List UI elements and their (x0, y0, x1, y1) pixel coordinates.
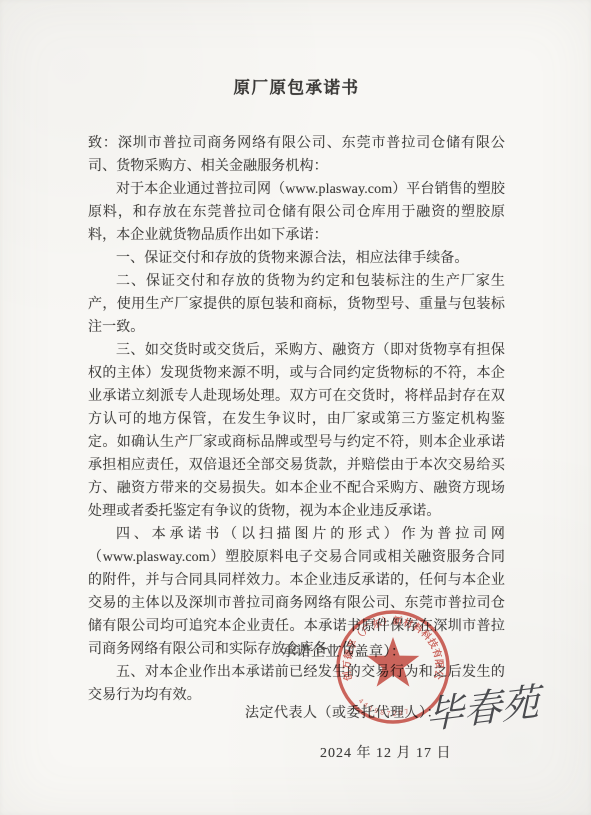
scanned-document-page: 原厂原包承诺书 致：深圳市普拉司商务网络有限公司、东莞市普拉司仓储有限公司、货物… (0, 0, 591, 815)
intro-paragraph: 对于本企业通过普拉司网（www.plasway.com）平台销售的塑胶原料，和存… (88, 178, 505, 247)
commitment-item-3: 三、如交货时或交货后，采购方、融资方（即对货物享有担保权的主体）发现货物来源不明… (88, 339, 505, 523)
commitment-item-1: 一、保证交付和存放的货物来源合法，相应法律手续备。 (88, 247, 505, 270)
company-stamp: 创万德孚（广东）新材料科技有限公司 441987297 (329, 603, 459, 733)
date-line: 2024 年 12 月 17 日 (320, 742, 452, 762)
document-title: 原厂原包承诺书 (88, 74, 505, 98)
stamp-star-icon (367, 637, 420, 687)
commitment-item-2: 二、保证交付和存放的货物为约定和包装标注的生产厂家生产，使用生产厂家提供的原包装… (88, 270, 505, 339)
salutation-paragraph: 致：深圳市普拉司商务网络有限公司、东莞市普拉司仓储有限公司、货物采购方、相关金融… (88, 132, 505, 178)
